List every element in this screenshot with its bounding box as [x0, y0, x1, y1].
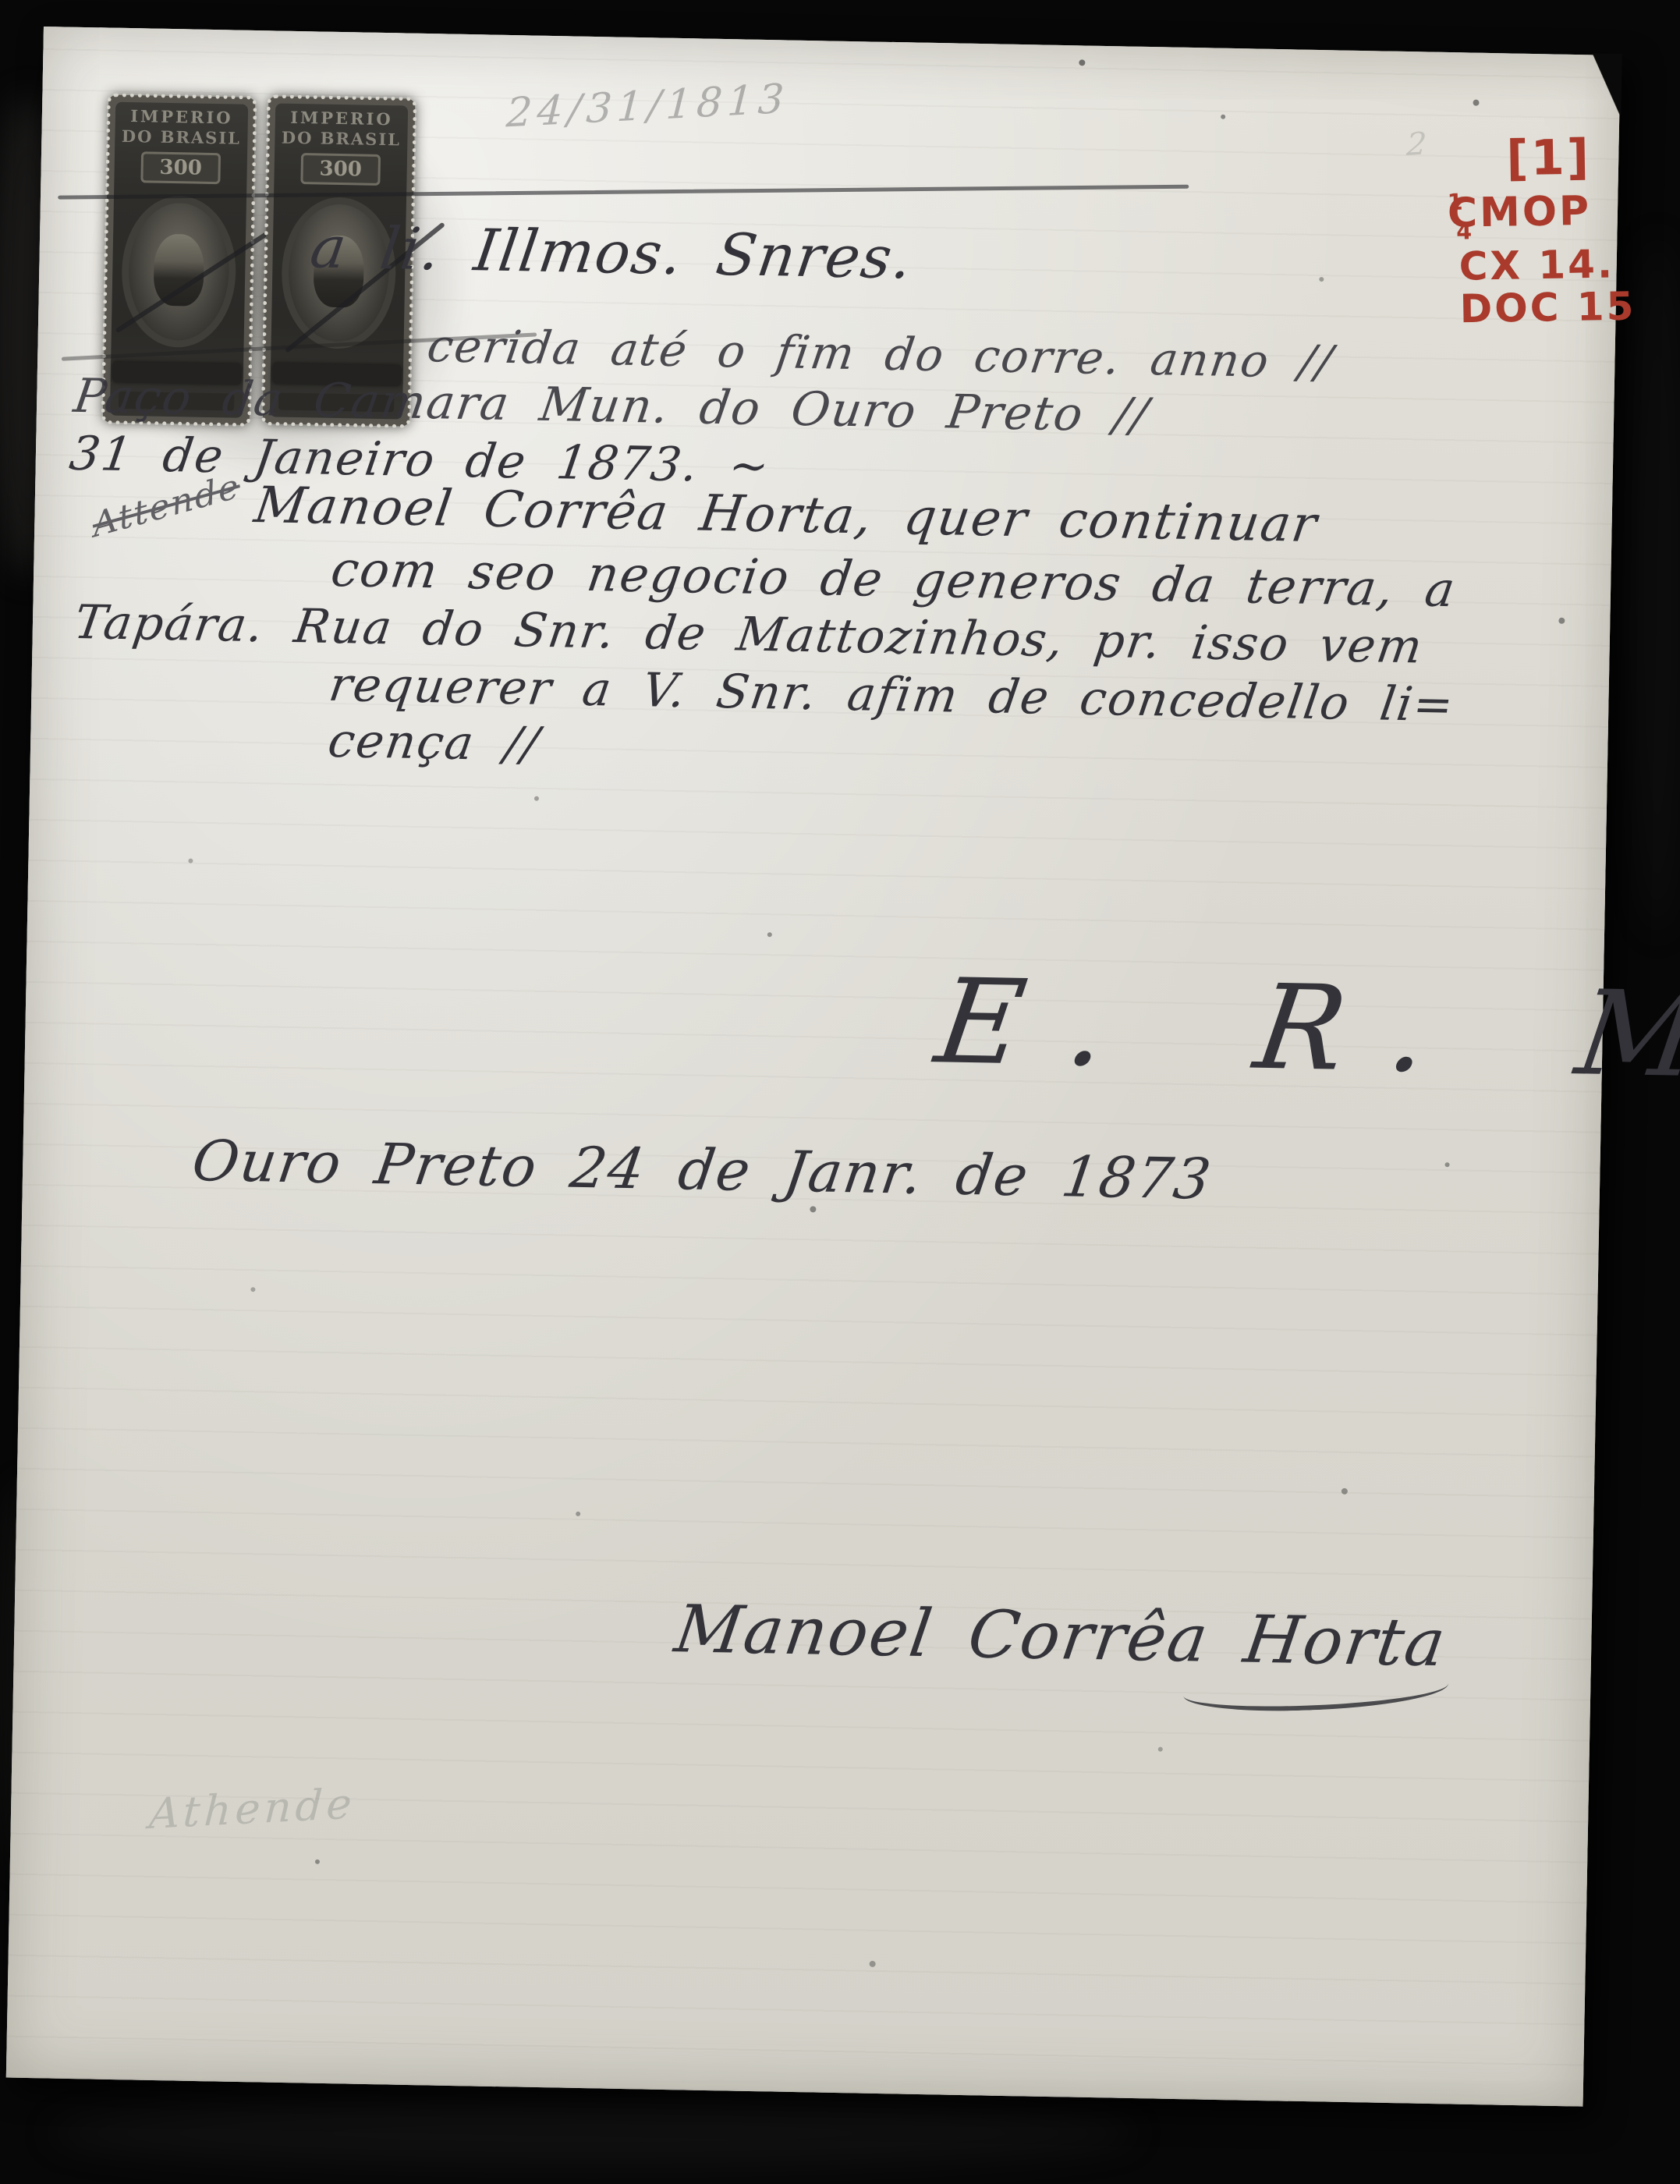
- signature: Manoel Corrêa Horta: [671, 1590, 1451, 1681]
- scan-edge-smudge: [1630, 234, 1680, 936]
- signature-flourish: [1182, 1665, 1449, 1714]
- stamp-country-line1: IMPERIO: [108, 106, 255, 128]
- scan-edge-smudge: [47, 2098, 1139, 2168]
- paper-specks: [44, 27, 47, 30]
- stamp-value: 300: [140, 151, 221, 184]
- archival-mark-page-number: [1]: [1506, 128, 1592, 186]
- emperor-portrait: [153, 234, 204, 307]
- stamp-country-line2: DO BRASIL: [268, 127, 414, 149]
- handwriting-body-line5: cença //: [324, 714, 543, 772]
- stamp-value: 300: [300, 153, 381, 186]
- handwriting-erm-closing: E. R. M.: [929, 954, 1680, 1105]
- archival-mark-fonds-sub: 4: [1456, 218, 1474, 244]
- document-page: 24/31/1813 2 [1] CMOP14 CX 14. DOC 15 IM…: [6, 27, 1621, 2107]
- archival-mark-doc: DOC 15: [1459, 284, 1636, 332]
- stamp-country-line1: IMPERIO: [268, 107, 415, 129]
- handwriting-dateline: Ouro Preto 24 de Janr. de 1873: [188, 1128, 1216, 1212]
- handwriting-salutation: a li. Illmos. Snres.: [307, 214, 917, 292]
- stamp-country-line2: DO BRASIL: [108, 126, 254, 148]
- pencil-annotation-top: 24/31/1813: [505, 76, 790, 136]
- pencil-annotation-bottom: Athende: [148, 1779, 357, 1838]
- scanned-document: 24/31/1813 2 [1] CMOP14 CX 14. DOC 15 IM…: [0, 0, 1680, 2184]
- archival-mark-box: CX 14.: [1458, 241, 1614, 289]
- pencil-annotation-small: 2: [1405, 126, 1427, 163]
- corner-fold: [1543, 52, 1622, 115]
- archival-mark-fonds: CMOP14: [1447, 190, 1483, 237]
- archival-mark-fonds-sup: 1: [1447, 188, 1465, 214]
